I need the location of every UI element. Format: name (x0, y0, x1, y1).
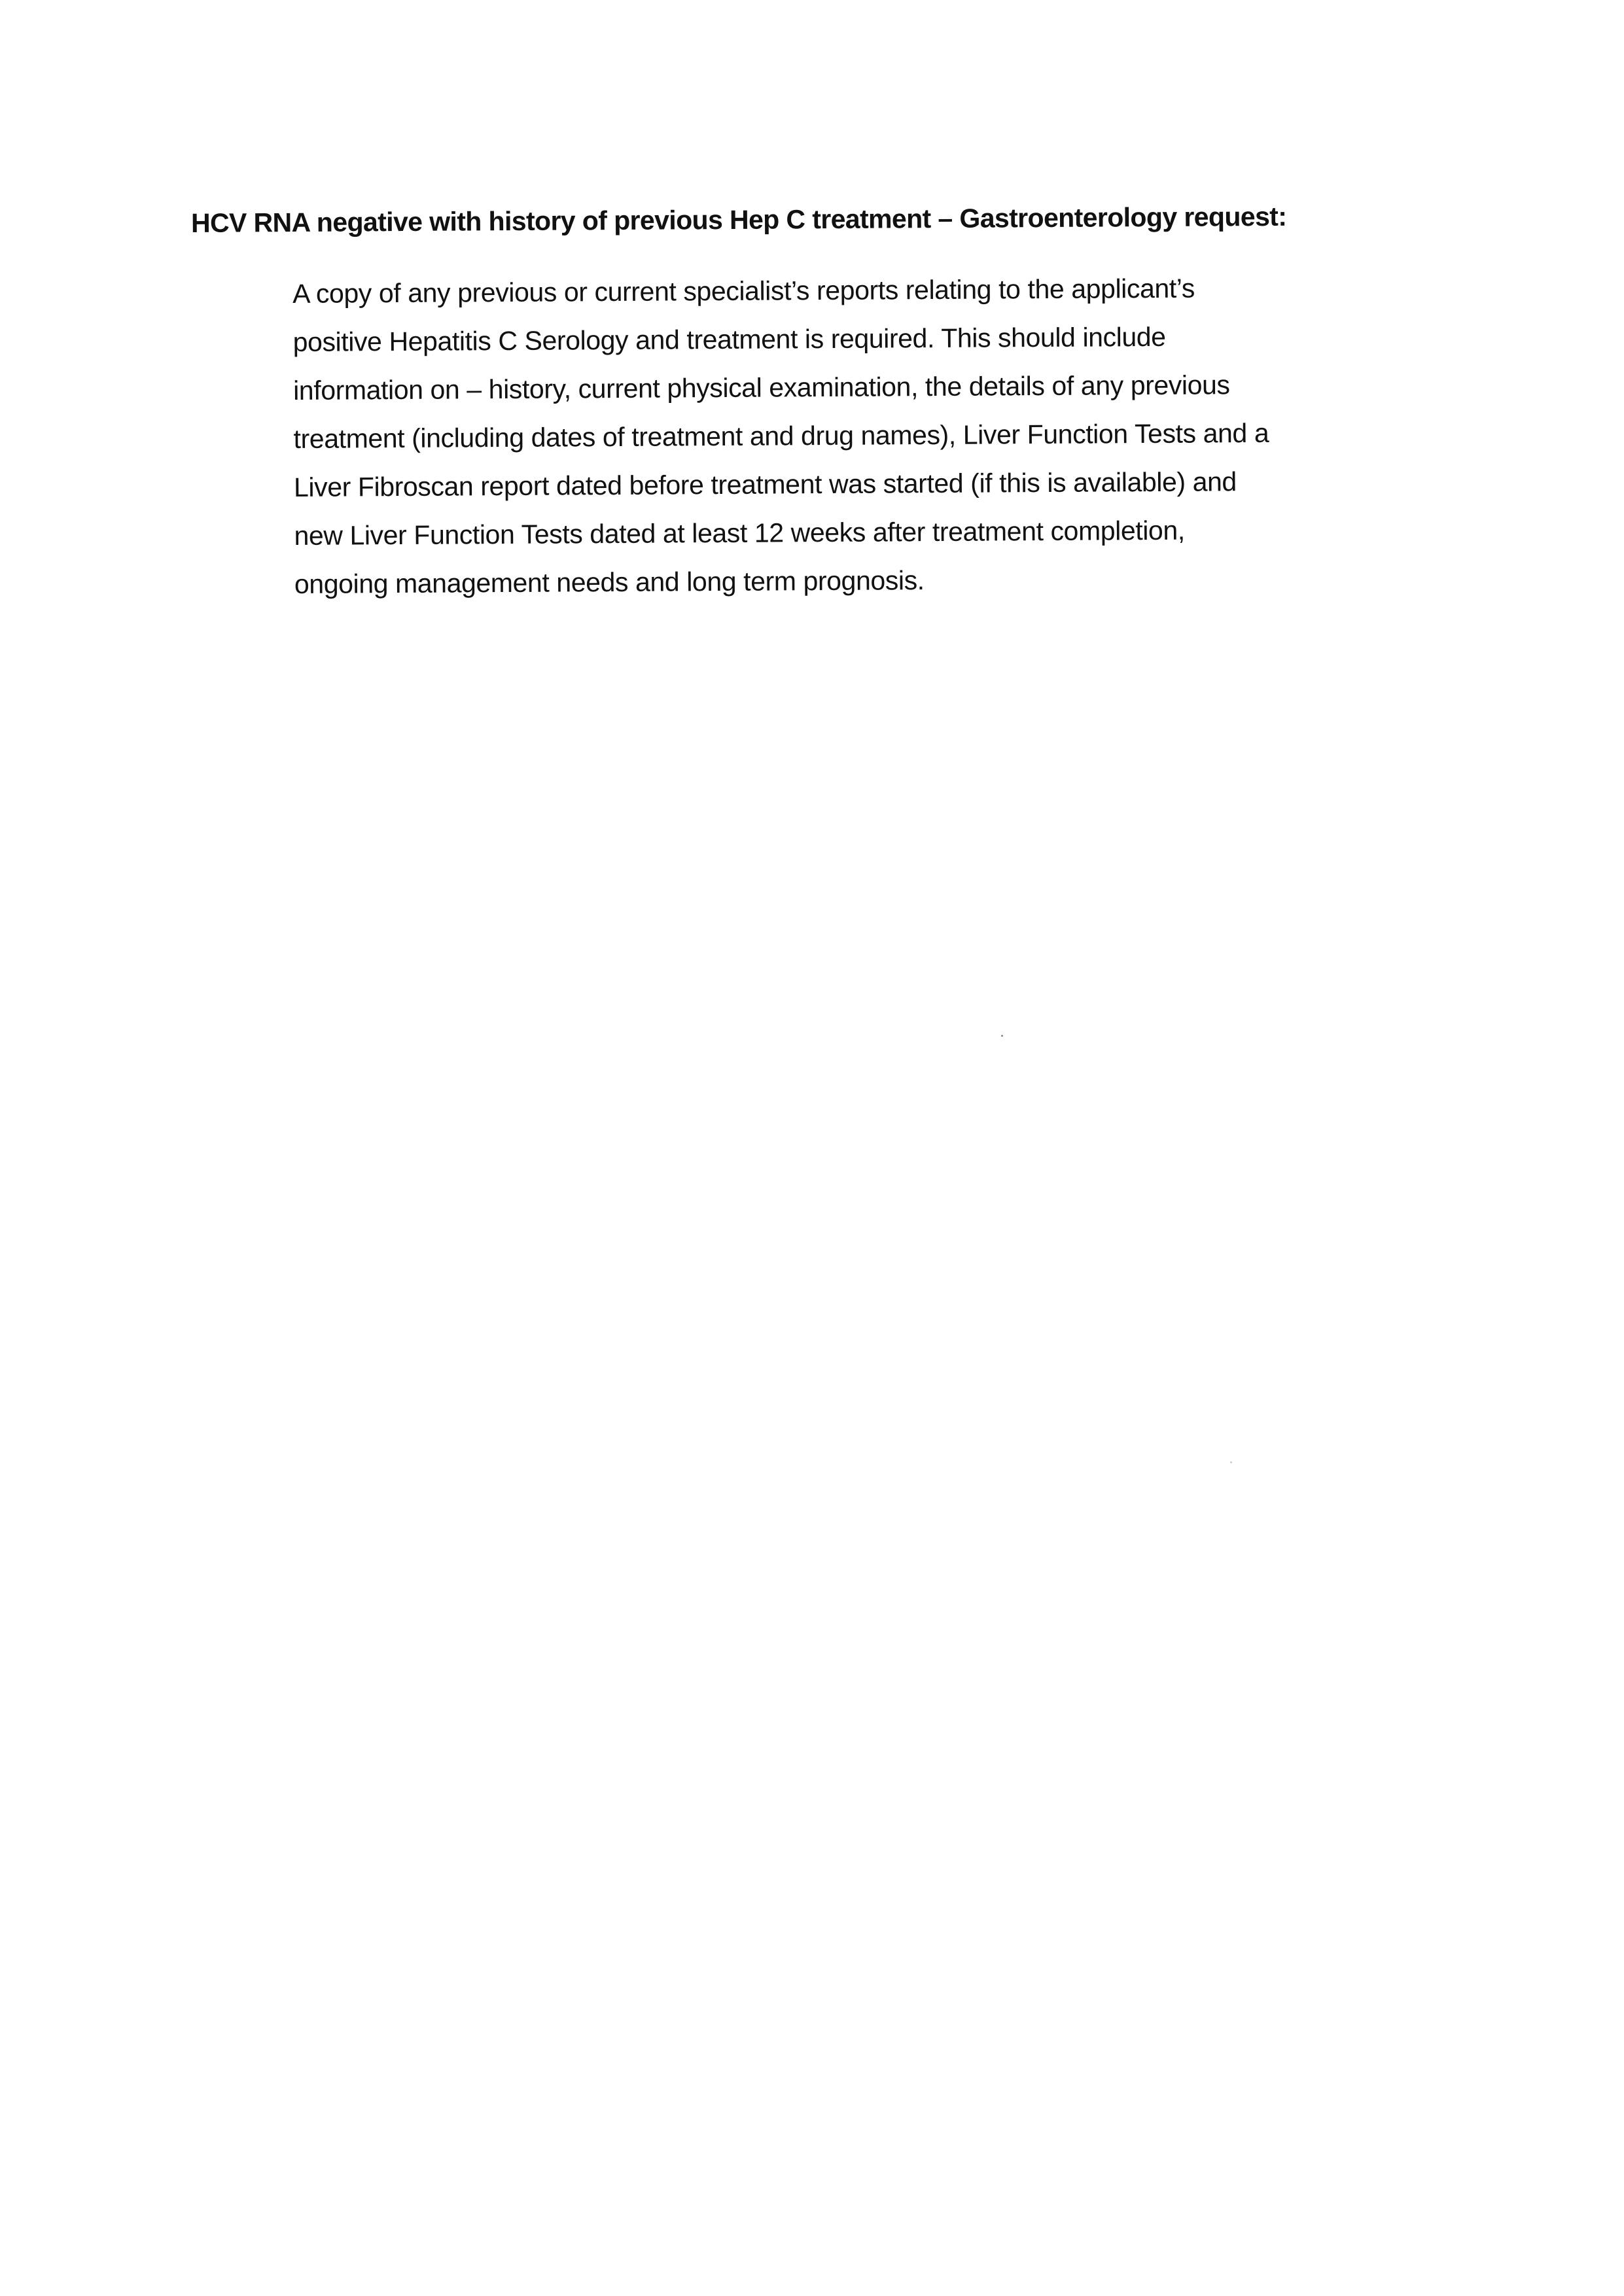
paragraph-line: new Liver Function Tests dated at least … (294, 504, 1485, 560)
scan-speck (1001, 1035, 1003, 1037)
paragraph-line: positive Hepatitis C Serology and treatm… (292, 311, 1483, 366)
paragraph-line: information on – history, current physic… (293, 359, 1484, 415)
paragraph-line: A copy of any previous or current specia… (292, 262, 1483, 318)
scan-speck (1230, 1461, 1232, 1463)
document-page: HCV RNA negative with history of previou… (0, 0, 1624, 2296)
requirements-paragraph: A copy of any previous or current specia… (292, 262, 1485, 608)
paragraph-line: treatment (including dates of treatment … (293, 408, 1484, 463)
section-heading: HCV RNA negative with history of previou… (191, 201, 1287, 239)
paragraph-line: Liver Fibroscan report dated before trea… (294, 456, 1485, 512)
paragraph-line: ongoing management needs and long term p… (294, 553, 1485, 608)
